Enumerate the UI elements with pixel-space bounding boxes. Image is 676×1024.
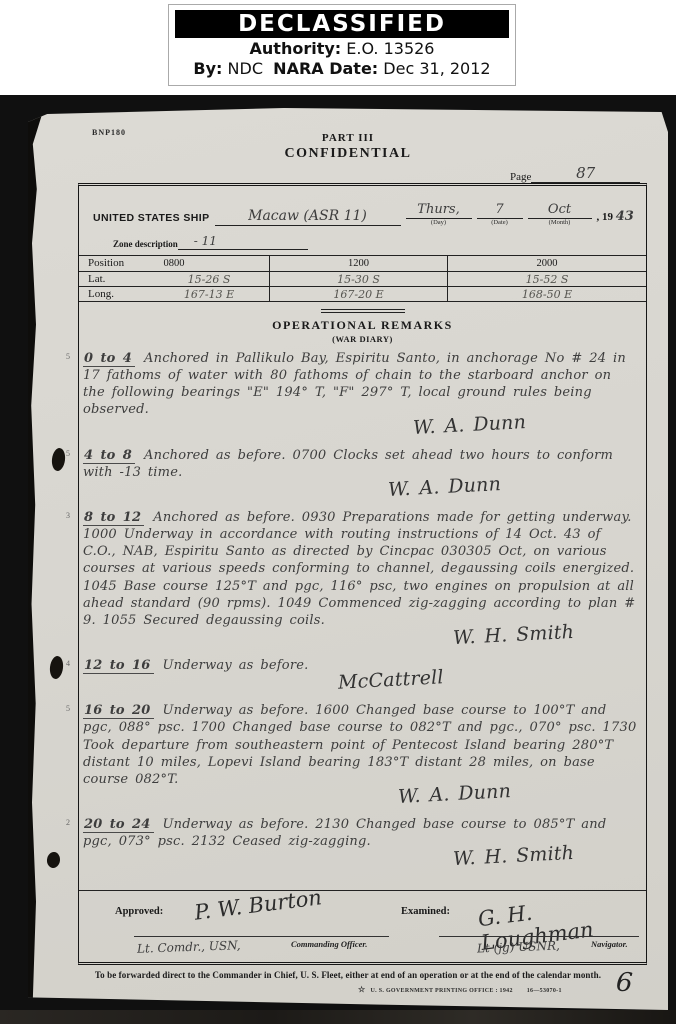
hole-punch [49, 655, 65, 679]
remarks-subtitle: (WAR DIARY) [79, 334, 646, 344]
page-label: Page [510, 171, 531, 183]
watch-officer-signature: W. A. Dunn [398, 781, 512, 807]
nara-date-label: NARA Date: [273, 59, 378, 78]
entry-time-range: 8 to 12 [83, 510, 144, 526]
examined-rank: Lt (jg) USNR, [477, 939, 560, 956]
day-value: Thurs, [406, 202, 472, 219]
month-caption: (Month) [549, 219, 571, 226]
approved-signature-line [134, 891, 389, 937]
printing-office-text: U. S. GOVERNMENT PRINTING OFFICE : 1942 [370, 988, 512, 994]
remarks-title: OPERATIONAL REMARKS [79, 318, 646, 333]
navigator-title: Navigator. [591, 939, 628, 949]
hole-punch [51, 447, 67, 471]
declassified-by-line: By: NDC NARA Date: Dec 31, 2012 [175, 59, 509, 78]
long-0800: 167-13 E [149, 287, 269, 302]
col-0800: 0800 [164, 258, 185, 269]
ship-date-row: UNITED STATES SHIP Macaw (ASR 11) Thurs,… [79, 186, 646, 226]
authority-value: E.O. 13526 [346, 39, 434, 58]
authority-label: Authority: [250, 39, 342, 58]
col-1200: 1200 [269, 256, 447, 271]
ship-name-field: Macaw (ASR 11) [215, 208, 401, 226]
entry-text: Anchored as before. 0930 Preparations ma… [83, 510, 635, 628]
watch-officer-signature: McCattrell [338, 667, 445, 693]
date-field: 7 (Date) [477, 202, 523, 226]
sheet-number: 6 [615, 967, 634, 998]
entry-8-12: 3 8 to 12Anchored as before. 0930 Prepar… [83, 509, 638, 651]
page-number-value: 87 [531, 164, 640, 183]
entry-4-8: 5 4 to 8Anchored as before. 0700 Clocks … [83, 447, 638, 503]
approval-section: Approved: P. W. Burton Lt. Comdr., USN, … [79, 890, 646, 962]
month-value: Oct [528, 202, 592, 219]
section-divider [321, 309, 405, 313]
watch-officer-signature: W. A. Dunn [413, 412, 527, 438]
day-caption: (Day) [431, 219, 446, 226]
entry-time-range: 0 to 4 [83, 351, 135, 367]
commanding-officer-title: Commanding Officer. [291, 939, 367, 949]
year-field: , 19 43 [597, 209, 634, 226]
ship-name-value: Macaw (ASR 11) [215, 208, 401, 226]
entry-time-range: 20 to 24 [83, 817, 154, 833]
month-field: Oct (Month) [528, 202, 592, 226]
long-2000: 168-50 E [447, 287, 646, 302]
entry-time-range: 16 to 20 [83, 703, 154, 719]
scan-backdrop: BNP180 PART III CONFIDENTIAL Page 87 UNI… [0, 95, 676, 1024]
entry-text: Anchored as before. 0700 Clocks set ahea… [83, 448, 613, 480]
lat-1200: 15-30 S [269, 272, 447, 287]
entry-text: Underway as before. [163, 658, 309, 673]
gpo-star-icon: ☆ [358, 985, 365, 994]
print-code: 16—53070-1 [527, 988, 562, 994]
long-1200: 167-20 E [269, 287, 447, 302]
page-number-line: Page 87 [510, 164, 640, 183]
entry-0-4: 5 0 to 4Anchored in Pallikulo Bay, Espir… [83, 350, 638, 441]
position-label: Position [88, 256, 124, 271]
classification-heading: CONFIDENTIAL [28, 146, 668, 162]
position-table: Position 0800 1200 2000 Lat. 15-26 S 15-… [79, 255, 646, 302]
entry-text: Anchored in Pallikulo Bay, Espiritu Sant… [83, 351, 626, 417]
margin-number: 5 [66, 352, 70, 363]
year-value: 43 [616, 209, 634, 224]
margin-number: 4 [66, 659, 70, 670]
by-label: By: [193, 59, 222, 78]
lat-0800: 15-26 S [149, 272, 269, 287]
entry-time-range: 4 to 8 [83, 448, 135, 464]
entry-16-20: 5 16 to 20Underway as before. 1600 Chang… [83, 702, 638, 810]
long-row: Long. 167-13 E 167-20 E 168-50 E [79, 287, 646, 302]
margin-number: 2 [66, 818, 70, 829]
date-value: 7 [477, 202, 523, 219]
watch-officer-signature: W. H. Smith [453, 843, 575, 869]
margin-number: 3 [66, 511, 70, 522]
entry-12-16: 4 12 to 16Underway as before. McCattrell [83, 657, 638, 696]
zone-description-row: Zone description - 11 [79, 226, 646, 250]
war-diary-page: BNP180 PART III CONFIDENTIAL Page 87 UNI… [28, 108, 668, 1010]
entry-time-range: 12 to 16 [83, 658, 154, 674]
hole-punch [46, 851, 61, 868]
entry-text: Underway as before. 1600 Changed base co… [83, 703, 636, 787]
long-label: Long. [79, 287, 149, 302]
margin-number: 5 [66, 449, 70, 460]
watch-officer-signature: W. H. Smith [453, 622, 575, 648]
part-heading: PART III [28, 132, 668, 144]
position-table-header: Position 0800 1200 2000 [79, 256, 646, 272]
declassified-title: DECLASSIFIED [175, 10, 509, 38]
war-diary-entries: 5 0 to 4Anchored in Pallikulo Bay, Espir… [79, 344, 646, 872]
lat-row: Lat. 15-26 S 15-30 S 15-52 S [79, 272, 646, 287]
declassified-authority-line: Authority: E.O. 13526 [175, 39, 509, 58]
log-sheet-box: UNITED STATES SHIP Macaw (ASR 11) Thurs,… [78, 183, 647, 965]
forwarding-instruction: To be forwarded direct to the Commander … [28, 970, 668, 980]
zone-value: - 11 [178, 234, 308, 250]
by-value: NDC [228, 59, 263, 78]
year-prefix: , 19 [597, 211, 614, 223]
day-field: Thurs, (Day) [406, 202, 472, 226]
printing-office-line: ☆U. S. GOVERNMENT PRINTING OFFICE : 1942… [358, 985, 562, 994]
ship-label: UNITED STATES SHIP [93, 212, 210, 226]
margin-number: 5 [66, 704, 70, 715]
zone-label: Zone description [113, 239, 178, 250]
date-caption: (Date) [491, 219, 508, 226]
declassified-stamp: DECLASSIFIED Authority: E.O. 13526 By: N… [168, 4, 516, 86]
nara-date-value: Dec 31, 2012 [383, 59, 490, 78]
approved-rank: Lt. Comdr., USN, [137, 938, 241, 956]
screenshot-root: DECLASSIFIED Authority: E.O. 13526 By: N… [0, 0, 676, 1024]
examined-signature-line [439, 891, 639, 937]
entry-20-24: 2 20 to 24Underway as before. 2130 Chang… [83, 816, 638, 872]
lat-2000: 15-52 S [447, 272, 646, 287]
watch-officer-signature: W. A. Dunn [388, 474, 502, 500]
col-2000: 2000 [447, 256, 646, 271]
lat-label: Lat. [79, 272, 149, 287]
